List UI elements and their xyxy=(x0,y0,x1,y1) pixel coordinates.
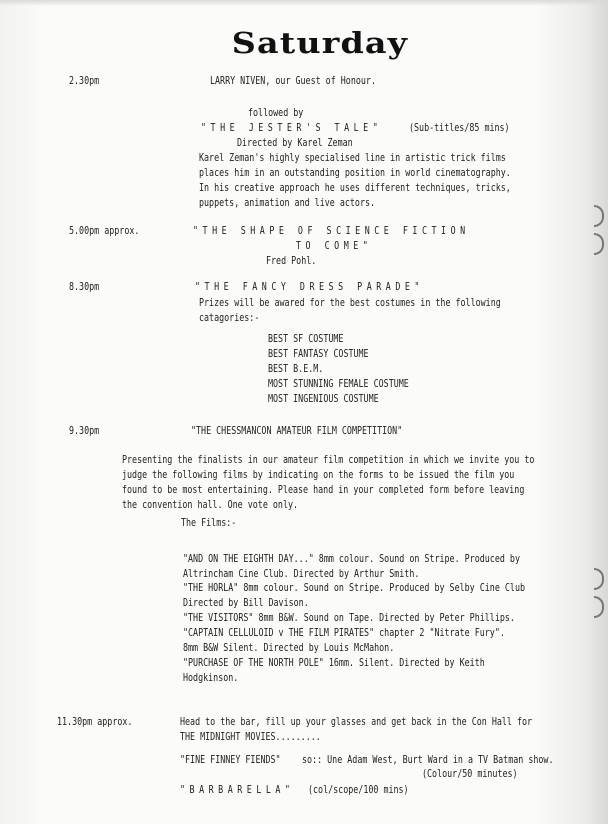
event-title: "THE FANCY DRESS PARADE" xyxy=(195,282,424,294)
event-intro-line: the convention hall. One vote only. xyxy=(122,500,298,512)
event-intro-line: Head to the bar, fill up your glasses an… xyxy=(180,717,532,729)
event-title: "THE CHESSMANCON AMATEUR FILM COMPETITIO… xyxy=(191,426,402,438)
talk-speaker: Fred Pohl. xyxy=(266,256,316,268)
event-intro-line: Presenting the finalists in our amateur … xyxy=(122,455,534,467)
costume-category: BEST B.E.M. xyxy=(268,364,323,376)
film-description-line: puppets, animation and live actors. xyxy=(199,198,375,210)
film-entry-line: Directed by Bill Davison. xyxy=(183,598,309,610)
film-director: Directed by Karel Zeman xyxy=(237,138,353,150)
event-time: 8.30pm xyxy=(69,282,99,294)
costume-category: BEST SF COSTUME xyxy=(268,334,343,346)
film-description-line: Karel Zeman's highly specialised line in… xyxy=(199,153,506,165)
page-edge-shadow xyxy=(0,0,608,6)
event-intro-line: Prizes will be awared for the best costu… xyxy=(199,298,501,310)
event-intro-line: THE MIDNIGHT MOVIES......... xyxy=(180,732,321,744)
film-entry-line: "CAPTAIN CELLULOID v THE FILM PIRATES" c… xyxy=(183,628,505,640)
movie-note: (Colour/50 minutes) xyxy=(422,769,518,781)
event-time: 5.00pm approx. xyxy=(69,226,139,238)
movie-note: (col/scope/100 mins) xyxy=(308,785,409,797)
page-title: Saturday xyxy=(0,26,608,60)
film-title: "THE JESTER'S TALE" xyxy=(201,123,382,135)
event-intro-line: found to be most entertaining. Please ha… xyxy=(122,485,524,497)
event-time: 9.30pm xyxy=(69,426,99,438)
movie-title: "BARBARELLA" xyxy=(180,785,294,797)
film-entry-line: "PURCHASE OF THE NORTH POLE" 16mm. Silen… xyxy=(183,658,485,670)
event-intro-line: catagories:- xyxy=(199,313,259,325)
film-entry-line: Hodgkinson. xyxy=(183,673,238,685)
movie-description: so:: Une Adam West, Burt Ward in a TV Ba… xyxy=(302,755,553,767)
film-description-line: places him in an outstanding position in… xyxy=(199,168,511,180)
talk-title-line: "THE SHAPE OF SCIENCE FICTION xyxy=(193,226,470,238)
film-entry-line: "AND ON THE EIGHTH DAY..." 8mm colour. S… xyxy=(183,554,520,566)
film-entry-line: 8mm B&W Silent. Directed by Louis McMaho… xyxy=(183,643,394,655)
costume-category: MOST INGENIOUS COSTUME xyxy=(268,394,379,406)
talk-title-line: TO COME" xyxy=(296,241,372,253)
event-headline: LARRY NIVEN, our Guest of Honour. xyxy=(210,76,376,88)
event-time: 11.30pm approx. xyxy=(57,717,132,729)
event-intro-line: judge the following films by indicating … xyxy=(122,470,514,482)
movie-title: "FINE FINNEY FIENDS" xyxy=(180,755,281,767)
film-note: (Sub-titles/85 mins) xyxy=(409,123,510,135)
film-entry-line: "THE HORLA" 8mm colour. Sound on Stripe.… xyxy=(183,583,525,595)
followed-by-text: followed by xyxy=(248,108,303,120)
film-entry-line: Altrincham Cine Club. Directed by Arthur… xyxy=(183,569,419,581)
film-description-line: In his creative approach he uses differe… xyxy=(199,183,511,195)
films-label: The Films:- xyxy=(181,518,236,530)
film-entry-line: "THE VISITORS" 8mm B&W. Sound on Tape. D… xyxy=(183,613,515,625)
event-time: 2.30pm xyxy=(69,76,99,88)
costume-category: MOST STUNNING FEMALE COSTUME xyxy=(268,379,409,391)
costume-category: BEST FANTASY COSTUME xyxy=(268,349,369,361)
